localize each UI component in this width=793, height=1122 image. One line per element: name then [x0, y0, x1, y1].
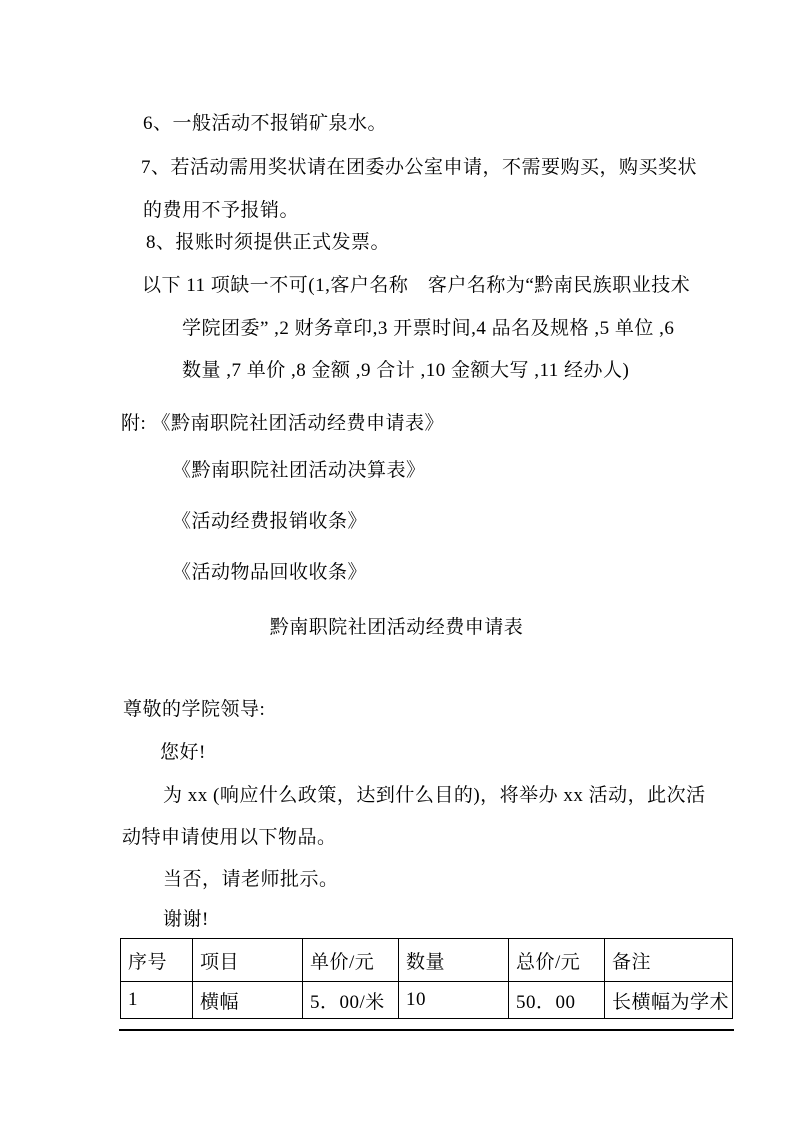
greeting-line: 您好!	[160, 741, 206, 765]
document-page: 6、一般活动不报销矿泉水。 7、若活动需用奖状请在团委办公室申请，不需要购买，购…	[0, 0, 793, 1122]
invoice-req-line-3: 数量 ,7 单价 ,8 金额 ,9 合计 ,10 金额大写 ,11 经办人)	[182, 359, 629, 383]
cell-total: 50．00	[509, 982, 605, 1019]
thanks-line: 谢谢!	[163, 908, 209, 932]
rule-line-8: 8、报账时须提供正式发票。	[146, 231, 390, 255]
header-cell-unit-price: 单价/元	[303, 939, 399, 982]
rule-line-6: 6、一般活动不报销矿泉水。	[143, 112, 387, 136]
attachment-label-line: 附: 《黔南职院社团活动经费申请表》	[121, 412, 444, 436]
approval-request-line: 当否，请老师批示。	[163, 868, 339, 892]
invoice-req-line-2: 学院团委” ,2 财务章印,3 开票时间,4 品名及规格 ,5 单位 ,6	[182, 317, 674, 341]
invoice-req-line-1: 以下 11 项缺一不可(1,客户名称 客户名称为“黔南民族职业技术	[142, 274, 690, 298]
header-cell-remarks: 备注	[605, 939, 733, 982]
expense-table-row-1: 1 横幅 5．00/米 10 50．00 长横幅为学术	[121, 982, 733, 1019]
rule-line-7a: 7、若活动需用奖状请在团委办公室申请，不需要购买，购买奖状	[141, 156, 697, 180]
cell-item: 横幅	[193, 982, 303, 1019]
cell-unit-price: 5．00/米	[303, 982, 399, 1019]
header-cell-item: 项目	[193, 939, 303, 982]
header-cell-index: 序号	[121, 939, 193, 982]
cell-quantity: 10	[399, 982, 509, 1019]
header-cell-quantity: 数量	[399, 939, 509, 982]
header-cell-total: 总价/元	[509, 939, 605, 982]
cell-index: 1	[121, 982, 193, 1019]
attachment-item-3: 《活动物品回收收条》	[172, 561, 367, 585]
salutation-line: 尊敬的学院领导:	[123, 698, 265, 722]
expense-table-header-row: 序号 项目 单价/元 数量 总价/元 备注	[121, 939, 733, 982]
letter-body-line-2: 动特申请使用以下物品。	[122, 826, 337, 850]
expense-table: 序号 项目 单价/元 数量 总价/元 备注 1 横幅 5．00/米 10 50．…	[120, 938, 733, 1019]
cell-remarks: 长横幅为学术	[605, 982, 733, 1019]
rule-line-7b: 的费用不予报销。	[143, 199, 299, 223]
attachment-item-1: 《黔南职院社团活动决算表》	[172, 459, 426, 483]
attachment-item-2: 《活动经费报销收条》	[172, 510, 367, 534]
table-continuation-line	[119, 1029, 734, 1031]
form-title: 黔南职院社团活动经费申请表	[0, 616, 793, 640]
letter-body-line-1: 为 xx (响应什么政策，达到什么目的)，将举办 xx 活动，此次活	[163, 784, 706, 808]
